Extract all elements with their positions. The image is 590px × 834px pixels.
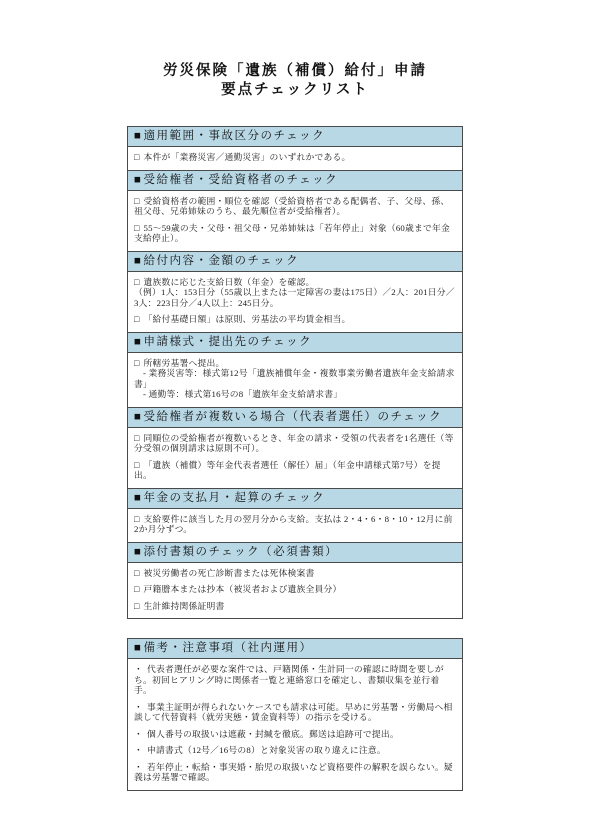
checklist-item: □支給要件に該当した月の翌月分から支給。支払は 2・4・6・8・10・12月に前… bbox=[134, 514, 456, 535]
section-body: ・代表者選任が必要な案件では、戸籍関係・生計同一の確認に時間を要しがち。初回ヒア… bbox=[127, 658, 463, 791]
section-header: ■年金の支払月・起算のチェック bbox=[127, 488, 463, 509]
section-1: ■受給権者・受給資格者のチェック□受給資格者の範囲・順位を確認（受給資格者である… bbox=[127, 170, 463, 252]
section-header-label: 適用範囲・事故区分のチェック bbox=[143, 130, 325, 142]
checklist-item: □55～59歳の夫・父母・祖父母・兄弟姉妹は「若年停止」対象（60歳まで年金支給… bbox=[134, 223, 456, 244]
checkbox-icon: □ bbox=[134, 223, 140, 233]
checklist-item: □所轄労基署へ提出。 - 業務災害等：様式第12号「遺族補償年金・複数事業労働者… bbox=[134, 358, 456, 400]
checklist-item: □被災労働者の死亡診断書または死体検案書 bbox=[134, 568, 456, 579]
item-line: （例）1人：153日分（55歳以上または一定障害の妻は175日）／2人：201日… bbox=[134, 287, 456, 308]
section-body: □同順位の受給権者が複数いるとき、年金の請求・受領の代表者を1名選任（等分受領の… bbox=[127, 427, 463, 489]
checklist-item: □本件が「業務災害／通勤災害」のいずれかである。 bbox=[134, 152, 456, 163]
checkbox-icon: □ bbox=[134, 277, 140, 287]
checklist-item: □同順位の受給権者が複数いるとき、年金の請求・受領の代表者を1名選任（等分受領の… bbox=[134, 433, 456, 454]
section-marker-icon: ■ bbox=[134, 174, 142, 186]
item-line: ・事業主証明が得られないケースでも請求は可能。早めに労基署・労働局へ相談して代替… bbox=[134, 702, 456, 723]
section-0: ■適用範囲・事故区分のチェック□本件が「業務災害／通勤災害」のいずれかである。 bbox=[127, 126, 463, 171]
checkbox-icon: □ bbox=[134, 514, 140, 524]
item-line: □「給付基礎日額」は原則、労基法の平均賃金相当。 bbox=[134, 314, 456, 325]
checklist-item: □受給資格者の範囲・順位を確認（受給資格者である配偶者、子、父母、孫、祖父母、兄… bbox=[134, 196, 456, 217]
checkbox-icon: □ bbox=[134, 460, 140, 470]
section-marker-icon: ■ bbox=[134, 492, 142, 504]
item-line: □「遺族（補償）等年金代表者選任（解任）届」（年金申請様式第7号）を提出。 bbox=[134, 460, 456, 481]
item-line: □所轄労基署へ提出。 bbox=[134, 358, 456, 369]
checklist-item: □「給付基礎日額」は原則、労基法の平均賃金相当。 bbox=[134, 314, 456, 325]
section-3: ■申請様式・提出先のチェック□所轄労基署へ提出。 - 業務災害等：様式第12号「… bbox=[127, 332, 463, 408]
section-5: ■年金の支払月・起算のチェック□支給要件に該当した月の翌月分から支給。支払は 2… bbox=[127, 488, 463, 543]
checklist-item: □遺族数に応じた支給日数（年金）を確認。（例）1人：153日分（55歳以上または… bbox=[134, 277, 456, 309]
bullet-icon: ・ bbox=[134, 762, 143, 772]
section-header-label: 給付内容・金額のチェック bbox=[143, 255, 299, 267]
bullet-icon: ・ bbox=[134, 745, 143, 755]
item-line: - 業務災害等：様式第12号「遺族補償年金・複数事業労働者遺族年金支給請求書」 bbox=[134, 368, 456, 389]
checkbox-icon: □ bbox=[134, 358, 140, 368]
item-line: □本件が「業務災害／通勤災害」のいずれかである。 bbox=[134, 152, 456, 163]
item-line: ・若年停止・転給・事実婚・胎児の取扱いなど資格要件の解釈を誤らない。疑義は労基署… bbox=[134, 762, 456, 783]
note-item: ・個人番号の取扱いは遮蔽・封緘を徹底。郵送は追跡可で提出。 bbox=[134, 729, 456, 740]
checkbox-icon: □ bbox=[134, 601, 140, 611]
section-marker-icon: ■ bbox=[134, 411, 142, 423]
section-header-label: 受給権者が複数いる場合（代表者選任）のチェック bbox=[143, 411, 442, 423]
section-header: ■給付内容・金額のチェック bbox=[127, 251, 463, 272]
section-body: □本件が「業務災害／通勤災害」のいずれかである。 bbox=[127, 146, 463, 171]
section-6: ■添付書類のチェック（必須書類）□被災労働者の死亡診断書または死体検案書□戸籍謄… bbox=[127, 542, 463, 620]
section-7: ■備考・注意事項（社内運用）・代表者選任が必要な案件では、戸籍関係・生計同一の確… bbox=[127, 638, 463, 791]
checklist-item: □戸籍謄本または抄本（被災者および遺族全員分） bbox=[134, 584, 456, 595]
item-line: □受給資格者の範囲・順位を確認（受給資格者である配偶者、子、父母、孫、祖父母、兄… bbox=[134, 196, 456, 217]
section-marker-icon: ■ bbox=[134, 255, 142, 267]
page-title-line2: 要点チェックリスト bbox=[0, 81, 590, 100]
section-header: ■申請様式・提出先のチェック bbox=[127, 332, 463, 353]
page-title-line1: 労災保険「遺族（補償）給付」申請 bbox=[0, 62, 590, 81]
checkbox-icon: □ bbox=[134, 433, 140, 443]
section-body: □被災労働者の死亡診断書または死体検案書□戸籍謄本または抄本（被災者および遺族全… bbox=[127, 562, 463, 620]
document-page: 労災保険「遺族（補償）給付」申請 要点チェックリスト ■適用範囲・事故区分のチェ… bbox=[0, 0, 590, 834]
checklist-item: □「遺族（補償）等年金代表者選任（解任）届」（年金申請様式第7号）を提出。 bbox=[134, 460, 456, 481]
section-body: □所轄労基署へ提出。 - 業務災害等：様式第12号「遺族補償年金・複数事業労働者… bbox=[127, 352, 463, 408]
note-item: ・代表者選任が必要な案件では、戸籍関係・生計同一の確認に時間を要しがち。初回ヒア… bbox=[134, 664, 456, 696]
item-line: □支給要件に該当した月の翌月分から支給。支払は 2・4・6・8・10・12月に前… bbox=[134, 514, 456, 535]
section-4: ■受給権者が複数いる場合（代表者選任）のチェック□同順位の受給権者が複数いるとき… bbox=[127, 407, 463, 489]
item-line: □55～59歳の夫・父母・祖父母・兄弟姉妹は「若年停止」対象（60歳まで年金支給… bbox=[134, 223, 456, 244]
section-2: ■給付内容・金額のチェック□遺族数に応じた支給日数（年金）を確認。（例）1人：1… bbox=[127, 251, 463, 333]
bullet-icon: ・ bbox=[134, 729, 143, 739]
section-marker-icon: ■ bbox=[134, 546, 142, 558]
note-item: ・申請書式（12号／16号の8）と対象災害の取り違えに注意。 bbox=[134, 745, 456, 756]
item-line: - 通勤等：様式第16号の8「遺族年金支給請求書」 bbox=[134, 389, 456, 400]
section-body: □遺族数に応じた支給日数（年金）を確認。（例）1人：153日分（55歳以上または… bbox=[127, 271, 463, 333]
checkbox-icon: □ bbox=[134, 584, 140, 594]
bullet-icon: ・ bbox=[134, 664, 143, 674]
item-line: □遺族数に応じた支給日数（年金）を確認。 bbox=[134, 277, 456, 288]
checkbox-icon: □ bbox=[134, 196, 140, 206]
section-body: □支給要件に該当した月の翌月分から支給。支払は 2・4・6・8・10・12月に前… bbox=[127, 508, 463, 543]
section-marker-icon: ■ bbox=[134, 130, 142, 142]
section-header-label: 受給権者・受給資格者のチェック bbox=[143, 174, 338, 186]
section-header: ■受給権者・受給資格者のチェック bbox=[127, 170, 463, 191]
section-marker-icon: ■ bbox=[134, 336, 142, 348]
section-header-label: 添付書類のチェック（必須書類） bbox=[143, 546, 338, 558]
section-header: ■添付書類のチェック（必須書類） bbox=[127, 542, 463, 563]
page-title: 労災保険「遺族（補償）給付」申請 要点チェックリスト bbox=[0, 0, 590, 100]
item-line: ・代表者選任が必要な案件では、戸籍関係・生計同一の確認に時間を要しがち。初回ヒア… bbox=[134, 664, 456, 696]
note-item: ・若年停止・転給・事実婚・胎児の取扱いなど資格要件の解釈を誤らない。疑義は労基署… bbox=[134, 762, 456, 783]
item-line: ・個人番号の取扱いは遮蔽・封緘を徹底。郵送は追跡可で提出。 bbox=[134, 729, 456, 740]
item-line: □同順位の受給権者が複数いるとき、年金の請求・受領の代表者を1名選任（等分受領の… bbox=[134, 433, 456, 454]
section-header-label: 年金の支払月・起算のチェック bbox=[143, 492, 325, 504]
checkbox-icon: □ bbox=[134, 568, 140, 578]
note-item: ・事業主証明が得られないケースでも請求は可能。早めに労基署・労働局へ相談して代替… bbox=[134, 702, 456, 723]
section-header: ■備考・注意事項（社内運用） bbox=[127, 638, 463, 659]
item-line: ・申請書式（12号／16号の8）と対象災害の取り違えに注意。 bbox=[134, 745, 456, 756]
bullet-icon: ・ bbox=[134, 702, 143, 712]
item-line: □戸籍謄本または抄本（被災者および遺族全員分） bbox=[134, 584, 456, 595]
checklist-sections: ■適用範囲・事故区分のチェック□本件が「業務災害／通勤災害」のいずれかである。■… bbox=[127, 126, 463, 791]
section-body: □受給資格者の範囲・順位を確認（受給資格者である配偶者、子、父母、孫、祖父母、兄… bbox=[127, 190, 463, 252]
section-header: ■受給権者が複数いる場合（代表者選任）のチェック bbox=[127, 407, 463, 428]
section-header-label: 申請様式・提出先のチェック bbox=[143, 336, 312, 348]
section-marker-icon: ■ bbox=[134, 642, 142, 654]
section-header: ■適用範囲・事故区分のチェック bbox=[127, 126, 463, 147]
item-line: □生計維持関係証明書 bbox=[134, 601, 456, 612]
checklist-item: □生計維持関係証明書 bbox=[134, 601, 456, 612]
checkbox-icon: □ bbox=[134, 152, 140, 162]
section-header-label: 備考・注意事項（社内運用） bbox=[143, 642, 312, 654]
item-line: □被災労働者の死亡診断書または死体検案書 bbox=[134, 568, 456, 579]
checkbox-icon: □ bbox=[134, 314, 140, 324]
